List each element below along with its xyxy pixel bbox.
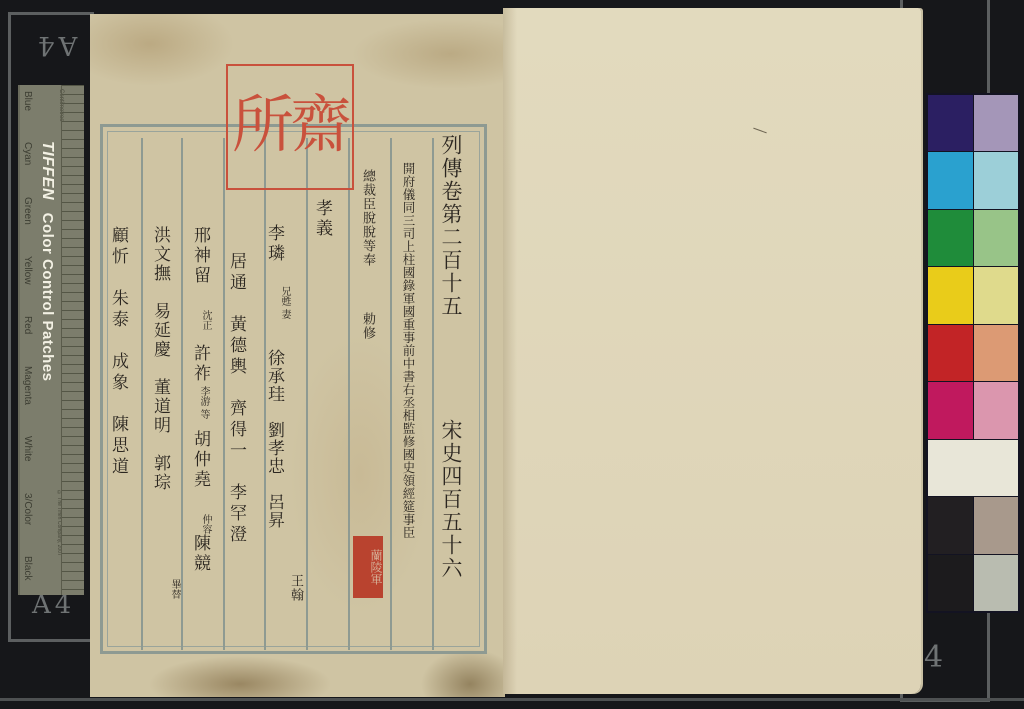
compiler-line: 總裁臣脫脫等奉 — [358, 169, 377, 267]
swatch-label: Green — [22, 197, 33, 225]
patch-black-2 — [928, 555, 973, 611]
patch-yellow-light — [974, 267, 1019, 323]
column-rule — [348, 138, 350, 650]
name-column-3: 邢神留 — [188, 226, 213, 286]
tiffen-logo: TIFFEN — [39, 141, 56, 200]
patch-blue-light — [974, 95, 1019, 151]
patch-cyan-light — [974, 152, 1019, 208]
name-note: 仲容 — [198, 514, 213, 534]
tiffen-title: Color Control Patches — [39, 213, 56, 382]
name-note: 沈正 — [198, 310, 213, 330]
official-title-line: 開府儀同三司上柱國錄軍國重事前中書右丞相監修國史領經筵事臣 — [399, 162, 417, 539]
left-page: 所齋 蘭陵軍 列傳卷第二百十五 宋史四百五十六 開府儀同三司上柱國錄軍國重事前中… — [90, 14, 505, 697]
swatch-label: White — [22, 436, 33, 462]
red-seal-small: 蘭陵軍 — [353, 536, 383, 598]
book-volume-title: 宋史四百五十六 — [436, 419, 466, 580]
name-column-2: 居通 黃德輿 齊得一 李罕澄 — [224, 252, 249, 546]
name-column-3-mid: 許祚 — [188, 344, 213, 384]
name-note-tail: 王翰 — [286, 574, 305, 602]
swatch-label: Magenta — [22, 366, 33, 405]
tiffen-color-control-strip: Blue Cyan Green Yellow Red Magenta White… — [18, 85, 84, 595]
patch-green — [928, 210, 973, 266]
page-number-label: 4 — [924, 640, 947, 675]
juan-title: 列傳卷第二百十五 — [436, 134, 466, 318]
name-column-4: 洪文撫 易延慶 董道明 郭琮 — [148, 226, 173, 492]
name-note-tail: 畢替 — [167, 579, 182, 599]
red-seal-large: 所齋 — [226, 64, 354, 190]
column-rule — [141, 138, 143, 650]
patch-magenta — [928, 382, 973, 438]
patch-red — [928, 325, 973, 381]
swatch-label: Yellow — [22, 256, 33, 285]
patch-gray-brown — [974, 497, 1019, 553]
patch-green-light — [974, 210, 1019, 266]
patch-blue — [928, 95, 973, 151]
chapter-heading: 孝義 — [310, 199, 335, 239]
name-column-3-rest: 胡仲堯 — [188, 430, 213, 490]
color-patch-chart — [926, 93, 1020, 613]
name-note: 兄甦 妻 — [277, 286, 292, 319]
patch-black — [928, 497, 973, 553]
tiffen-brand-block: TIFFEN Color Control Patches — [38, 141, 56, 382]
swatch-label: Red — [22, 316, 33, 334]
swatch-label: 3/Color — [22, 493, 33, 525]
ruler-scale — [61, 85, 84, 595]
patch-cyan — [928, 152, 973, 208]
patch-white — [928, 440, 1018, 496]
swatch-label: Black — [22, 556, 33, 580]
patch-magenta-light — [974, 382, 1019, 438]
compiler-suffix: 勅修 — [358, 312, 377, 340]
name-note: 李游 等 — [196, 386, 211, 419]
paper-mark — [753, 128, 766, 134]
name-column-1: 李璘 — [262, 224, 287, 264]
column-rule — [390, 138, 392, 650]
name-column-3-tail: 陳競 — [188, 534, 213, 574]
column-rule — [306, 138, 308, 650]
board-bottom-rail — [0, 698, 1024, 701]
right-blank-page — [503, 8, 921, 694]
column-rule — [432, 138, 434, 650]
swatch-label-list: Blue Cyan Green Yellow Red Magenta White… — [22, 91, 33, 581]
name-column-1-rest: 徐承珪 劉孝忠 呂昇 — [262, 349, 287, 529]
patch-red-light — [974, 325, 1019, 381]
patch-gray-light — [974, 555, 1019, 611]
swatch-label: Cyan — [22, 142, 33, 165]
swatch-label: Blue — [22, 91, 33, 111]
column-rule — [181, 138, 183, 650]
patch-yellow — [928, 267, 973, 323]
a4-label-top: A4 — [34, 30, 77, 60]
name-column-5: 顧忻 朱泰 成象 陳思道 — [106, 226, 131, 478]
